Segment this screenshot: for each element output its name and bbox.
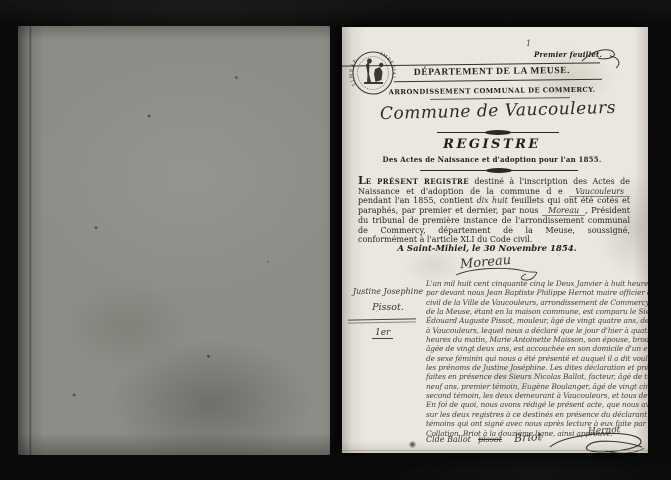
act-line: faites en présence des Sieurs Nicolas Ba… [426, 372, 648, 381]
act-margin-name-line2: Pissot. [350, 302, 426, 313]
ornament-divider [437, 132, 559, 133]
dateline: A Saint-Mihiel, le 30 Novembre 1854. [372, 244, 602, 254]
pen-mark: 1 [526, 39, 531, 48]
act-line: L'an mil huit cent cinquante cinq le Deu… [426, 279, 648, 288]
register-title-page: TIMBRE IMPÉRIAL 1 Premier feuillet. DÉPA… [342, 27, 648, 453]
act-line: sur les deux registres à ce destinés en … [426, 410, 648, 419]
act-line: heures du matin, Marie Antoinette Maisso… [426, 335, 648, 344]
register-subtitle: Des Actes de Naissance et d'adoption pou… [354, 155, 630, 164]
margin-rule [348, 318, 416, 320]
act-margin-name-line1: Justine Josephine [350, 287, 426, 296]
act-line: second témoin, les deux demeurant à Vauc… [426, 391, 648, 400]
register-title: REGISTRE [354, 137, 630, 152]
witness-signature: Clde Ballot [426, 435, 471, 444]
department-title: DÉPARTEMENT DE LA MEUSE. [354, 65, 630, 78]
struck-word: pissot [478, 435, 502, 444]
act-line: de la Meuse, étant en la maison commune,… [426, 307, 648, 316]
act-line: à Vaucouleurs, lequel nous a déclaré que… [426, 326, 648, 335]
ink-blot [408, 441, 417, 448]
act-line: En foi de quoi, nous avons rédigé le pré… [426, 400, 648, 409]
handwritten-commune: Vaucouleurs [569, 187, 630, 197]
drop-initial: L [358, 174, 366, 187]
commune-script: Commune de Vaucouleurs [356, 97, 640, 124]
preamble-lead: E PRÉSENT REGISTRE [366, 177, 469, 186]
act-body: L'an mil huit cent cinquante cinq le Deu… [426, 279, 648, 438]
handwritten-president-name: Moreau [542, 206, 585, 216]
act-line: civil de la Ville de Vaucouleurs, arrond… [426, 298, 648, 307]
margin-rule [348, 321, 416, 323]
preamble-printed-2: pendant l'an 1855, contient [358, 196, 473, 205]
act-line: Édouard Auguste Pissot, mouleur, âgé de … [426, 316, 648, 325]
scanned-register-image: TIMBRE IMPÉRIAL 1 Premier feuillet. DÉPA… [0, 0, 671, 480]
act-line: neuf ans, premier témoin, Eugène Boulang… [426, 382, 648, 391]
handwritten-folio-count: dix huit [477, 196, 508, 205]
page-bottom-rule [342, 450, 648, 451]
act-number: 1er [372, 328, 393, 339]
header-rule-mid [394, 79, 602, 83]
act-line: par devant nous Jean Baptiste Philippe H… [426, 288, 648, 297]
preamble-paragraph: LE PRÉSENT REGISTRE destiné à l'inscript… [358, 176, 630, 245]
act-line: de sexe féminin qui nous a été présenté … [426, 354, 648, 363]
book-cover [18, 26, 330, 455]
act-line: les prénoms de Justine Joséphine. Les di… [426, 363, 648, 372]
witness-signature: Briot [514, 430, 543, 445]
ornament-divider [420, 170, 578, 171]
act-line: âgée de vingt deux ans, est accouchée en… [426, 344, 648, 353]
